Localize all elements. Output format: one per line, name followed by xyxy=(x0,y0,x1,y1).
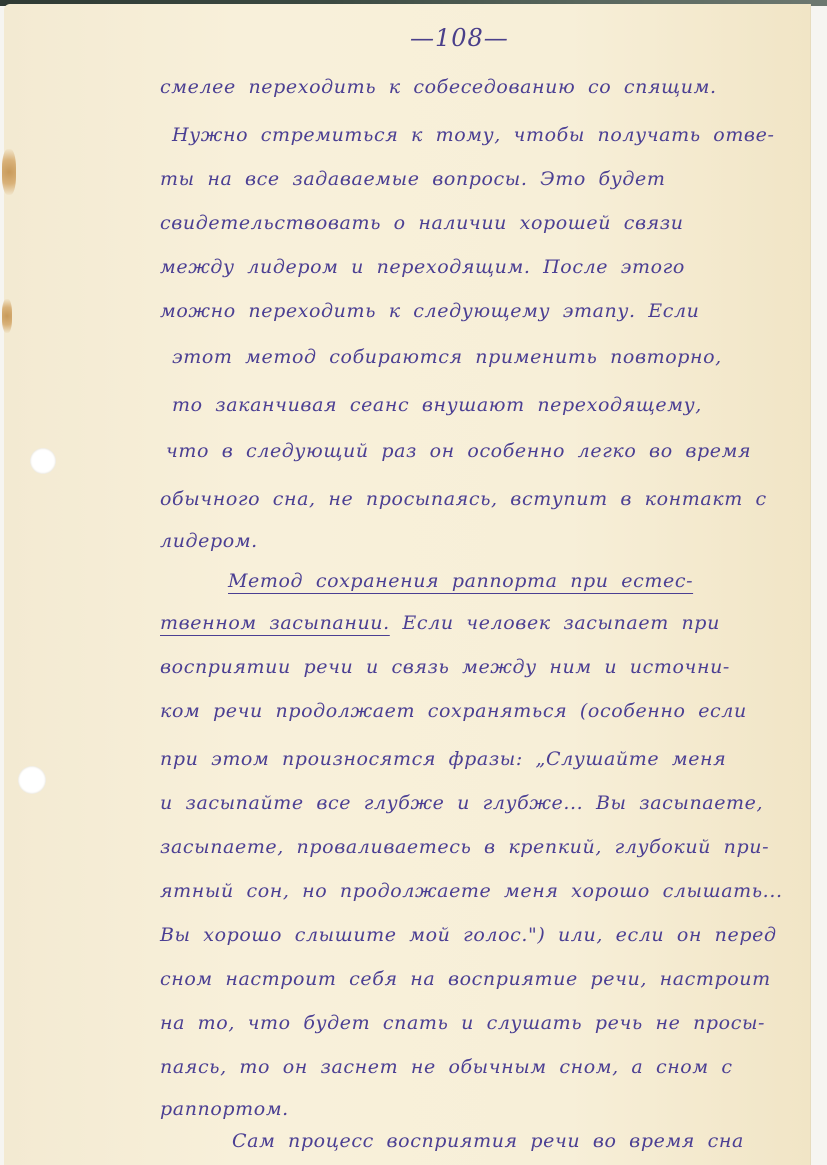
text-line: между лидером и переходящим. После этого xyxy=(160,256,800,278)
section-heading: Метод сохранения раппорта при естес- xyxy=(228,570,827,592)
text-line: и засыпайте все глубже и глубже... Вы за… xyxy=(160,792,800,814)
text-line: восприятии речи и связь между ним и исто… xyxy=(160,656,800,678)
section-heading-continued: твенном засыпании. Если человек засыпает… xyxy=(160,612,800,634)
text-line: сном настроит себя на восприятие речи, н… xyxy=(160,968,800,990)
text-line: Нужно стремиться к тому, чтобы получать … xyxy=(172,124,812,146)
text-line: смелее переходить к собеседованию со спя… xyxy=(160,76,800,98)
text-line: обычного сна, не просыпаясь, вступит в к… xyxy=(160,488,800,510)
section-heading-title: Метод сохранения раппорта при естес- xyxy=(228,570,693,592)
text-line: Вы хорошо слышите мой голос.") или, если… xyxy=(160,924,800,946)
text-line: Сам процесс восприятия речи во время сна xyxy=(232,1130,827,1152)
text-line: ты на все задаваемые вопросы. Это будет xyxy=(160,168,800,190)
paragraph-start: Если человек засыпает при xyxy=(390,612,720,634)
text-line: раппортом. xyxy=(160,1098,800,1120)
paper-stain xyxy=(2,149,16,195)
text-line: свидетельствовать о наличии хорошей связ… xyxy=(160,212,800,234)
text-line: при этом произносятся фразы: „Слушайте м… xyxy=(160,748,800,770)
text-line: лидером. xyxy=(160,530,800,552)
text-line: что в следующий раз он особенно легко во… xyxy=(166,440,806,462)
punch-hole xyxy=(18,766,46,794)
text-line: то заканчивая сеанс внушают переходящему… xyxy=(172,394,812,416)
punch-hole xyxy=(30,448,56,474)
text-line: ятный сон, но продолжаете меня хорошо сл… xyxy=(160,880,800,902)
text-line: паясь, то он заснет не обычным сном, а с… xyxy=(160,1056,800,1078)
text-line: ком речи продолжает сохраняться (особенн… xyxy=(160,700,800,722)
text-line: этот метод собираются применить повторно… xyxy=(172,346,812,368)
text-line: засыпаете, проваливаетесь в крепкий, глу… xyxy=(160,836,800,858)
scanned-page: —108— смелее переходить к собеседованию … xyxy=(0,0,827,1165)
text-line: на то, что будет спать и слушать речь не… xyxy=(160,1012,800,1034)
text-line: можно переходить к следующему этапу. Есл… xyxy=(160,300,800,322)
section-heading-title-end: твенном засыпании. xyxy=(160,612,390,634)
paper-stain xyxy=(2,299,12,333)
page-number: —108— xyxy=(410,24,509,52)
